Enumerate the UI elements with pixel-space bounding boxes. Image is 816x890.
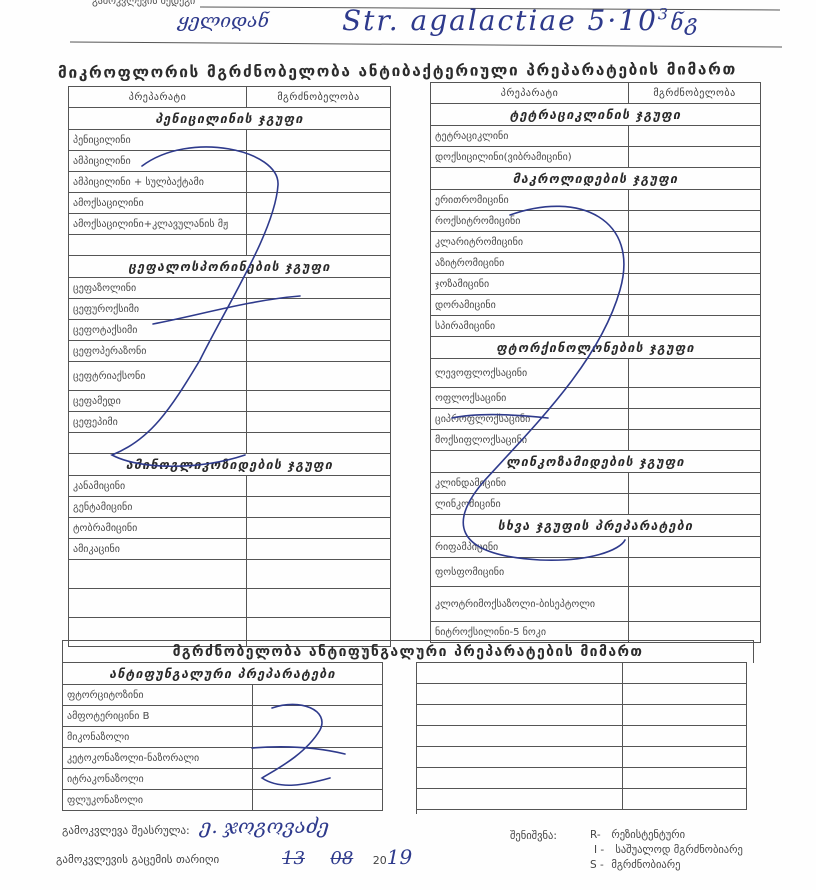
sensitivity-cell[interactable] [253, 769, 383, 790]
result-prefix-handwritten: ყელიდან [178, 10, 269, 32]
sensitivity-cell[interactable] [629, 253, 761, 274]
empty-drug-cell[interactable] [417, 768, 623, 789]
column-header-drug: პრეპარატი [69, 87, 247, 108]
drug-name: ცეფოპერაზონი [69, 341, 247, 362]
antifungal-gap [382, 662, 417, 814]
sensitivity-cell[interactable] [629, 558, 761, 587]
drug-row: ამოქსაცილინი [69, 193, 391, 214]
drug-name: ამპიცილინი + სულბაქტამი [69, 172, 247, 193]
group-name: მაკროლიდების ჯგუფი [431, 168, 761, 190]
drug-name: აზიტრომიცინი [431, 253, 629, 274]
drug-name: კეტოკონაზოლი-ნაზორალი [63, 748, 253, 769]
drug-name: ცეფტრიაქსონი [69, 362, 247, 391]
drug-row: ცეფეპიმი [69, 412, 391, 433]
drug-row: სპირამიცინი [431, 316, 761, 337]
group-header-row: ამინოგლიკოზიდების ჯგუფი [69, 454, 391, 476]
sensitivity-cell[interactable] [629, 388, 761, 409]
drug-name: გენტამიცინი [69, 497, 247, 518]
drug-row: ტობრამიცინი [69, 518, 391, 539]
sensitivity-cell[interactable] [253, 706, 383, 727]
empty-drug-cell[interactable] [417, 684, 623, 705]
empty-drug-cell[interactable] [417, 747, 623, 768]
group-header-row: სხვა ჯგუფის პრეპარატები [431, 515, 761, 537]
drug-row: მოქსიფლოქსაცინი [431, 430, 761, 451]
drug-row: აზიტრომიცინი [431, 253, 761, 274]
sensitivity-cell[interactable] [629, 295, 761, 316]
sensitivity-cell[interactable] [247, 433, 391, 454]
sensitivity-cell[interactable] [629, 430, 761, 451]
sensitivity-cell[interactable] [247, 518, 391, 539]
sensitivity-cell[interactable] [247, 362, 391, 391]
sensitivity-cell[interactable] [247, 539, 391, 560]
drug-name: როქსიტრომიცინი [431, 211, 629, 232]
drug-row: ცეფაზოლინი [69, 278, 391, 299]
empty-sensitivity-cell[interactable] [623, 768, 747, 789]
sensitivity-cell[interactable] [253, 748, 383, 769]
sensitivity-cell[interactable] [247, 589, 391, 618]
group-name: ცეფალოსპორინების ჯგუფი [69, 256, 391, 278]
sensitivity-cell[interactable] [629, 232, 761, 253]
group-header-row: ფტორქინოლონების ჯგუფი [431, 337, 761, 359]
empty-drug-cell[interactable] [417, 726, 623, 747]
drug-row [69, 433, 391, 454]
group-name: სხვა ჯგუფის პრეპარატები [431, 515, 761, 537]
drug-row: ტეტრაციკლინი [431, 126, 761, 147]
sensitivity-cell[interactable] [247, 391, 391, 412]
sensitivity-cell[interactable] [247, 130, 391, 151]
drug-row: ცეფოტაქსიმი [69, 320, 391, 341]
drug-name: ციპროფლოქსაცინი [431, 409, 629, 430]
unit: ნგ [670, 11, 700, 36]
sensitivity-cell[interactable] [629, 316, 761, 337]
drug-name: კლოტრიმოქსაზოლი-ბისეპტოლი [431, 587, 629, 622]
legend-meaning: რეზისტენტური [611, 829, 685, 841]
sensitivity-cell[interactable] [629, 537, 761, 558]
drug-row: ჯოზამიცინი [431, 274, 761, 295]
drug-row: კეტოკონაზოლი-ნაზორალი [63, 748, 383, 769]
sensitivity-cell[interactable] [247, 235, 391, 256]
column-header-sensitivity: მგრძნობელობა [629, 83, 761, 104]
drug-row: ამპიცილინი + სულბაქტამი [69, 172, 391, 193]
drug-name: ამოქსაცილინი [69, 193, 247, 214]
group-name: ამინოგლიკოზიდების ჯგუფი [69, 454, 391, 476]
drug-row: დოქსიცილინი(ვიბრამიცინი) [431, 147, 761, 168]
drug-name [69, 433, 247, 454]
legend: R- რეზისტენტურიI - საშუალოდ მგრძნობიარეS… [590, 828, 743, 873]
antifungal-table: ანტიფუნგალური პრეპარატებიფტორციტოზინიამფ… [62, 662, 383, 811]
result-handwritten: Str. agalactiae 5·103ნგ [342, 4, 700, 37]
date-year-suffix: 19 [387, 845, 412, 869]
date-year-prefix: 20 [373, 854, 387, 867]
date-day: 13 [282, 848, 305, 869]
drug-name: ფტორციტოზინი [63, 685, 253, 706]
page-title: მიკროფლორის მგრძნობელობა ანტიბაქტერიული … [58, 60, 737, 82]
empty-drug-cell[interactable] [417, 663, 623, 684]
right-antibiotics-table: პრეპარატიმგრძნობელობატეტრაციკლინის ჯგუფი… [430, 82, 761, 643]
drug-name: ფლუკონაზოლი [63, 790, 253, 811]
drug-row: ფლუკონაზოლი [63, 790, 383, 811]
drug-row: კანამიცინი [69, 476, 391, 497]
sensitivity-cell[interactable] [247, 193, 391, 214]
drug-name [69, 235, 247, 256]
sensitivity-cell[interactable] [629, 359, 761, 388]
legend-meaning: მგრძნობიარე [611, 859, 680, 871]
sensitivity-cell[interactable] [629, 126, 761, 147]
group-name: ტეტრაციკლინის ჯგუფი [431, 104, 761, 126]
column-gap [390, 96, 431, 636]
drug-row: ცეფუროქსიმი [69, 299, 391, 320]
drug-name [69, 589, 247, 618]
empty-sensitivity-cell[interactable] [623, 726, 747, 747]
drug-name: ამპიცილინი [69, 151, 247, 172]
empty-sensitivity-cell[interactable] [623, 663, 747, 684]
empty-row [417, 684, 747, 705]
empty-sensitivity-cell[interactable] [623, 789, 747, 810]
legend-item: S - მგრძნობიარე [590, 858, 743, 873]
drug-name: ტეტრაციკლინი [431, 126, 629, 147]
drug-row: მიკონაზოლი [63, 727, 383, 748]
drug-name: ამიკაცინი [69, 539, 247, 560]
drug-name: ცეფეპიმი [69, 412, 247, 433]
drug-name: ჯოზამიცინი [431, 274, 629, 295]
drug-name: მიკონაზოლი [63, 727, 253, 748]
legend-code: I - [594, 843, 612, 858]
antifungal-group-name: ანტიფუნგალური პრეპარატები [63, 663, 383, 685]
drug-row: პენიცილინი [69, 130, 391, 151]
sensitivity-cell[interactable] [253, 790, 383, 811]
sensitivity-cell[interactable] [247, 341, 391, 362]
sensitivity-cell[interactable] [247, 172, 391, 193]
performed-by-label: გამოკვლევა შეასრულა: [62, 824, 190, 837]
drug-row: რიფამპიცინი [431, 537, 761, 558]
group-header-row: მაკროლიდების ჯგუფი [431, 168, 761, 190]
drug-name: დოქსიცილინი(ვიბრამიცინი) [431, 147, 629, 168]
drug-name: პენიცილინი [69, 130, 247, 151]
empty-row [417, 747, 747, 768]
sensitivity-cell[interactable] [247, 412, 391, 433]
sensitivity-cell[interactable] [629, 190, 761, 211]
empty-row [417, 768, 747, 789]
group-header-row: ტეტრაციკლინის ჯგუფი [431, 104, 761, 126]
drug-row: ამოქსაცილინი+კლავულანის მჟ [69, 214, 391, 235]
drug-name: ტობრამიცინი [69, 518, 247, 539]
sensitivity-cell[interactable] [629, 211, 761, 232]
drug-name: კლინდამიცინი [431, 473, 629, 494]
empty-row [417, 663, 747, 684]
drug-name: ცეფამედი [69, 391, 247, 412]
empty-drug-cell[interactable] [417, 789, 623, 810]
sensitivity-cell[interactable] [629, 147, 761, 168]
legend-item: R- რეზისტენტური [590, 828, 743, 843]
drug-name: ლევოფლოქსაცინი [431, 359, 629, 388]
drug-name: კლარიტრომიცინი [431, 232, 629, 253]
drug-row: კლინდამიცინი [431, 473, 761, 494]
drug-row: ცეფამედი [69, 391, 391, 412]
legend-item: I - საშუალოდ მგრძნობიარე [590, 843, 743, 858]
drug-name: ლინკომიცინი [431, 494, 629, 515]
antifungal-title-bar: მგრძნობელობა ანტიფუნგალური პრეპარატების … [62, 640, 754, 663]
antifungal-title: მგრძნობელობა ანტიფუნგალური პრეპარატების … [173, 644, 644, 660]
drug-name: ამფოტერიცინი B [63, 706, 253, 727]
legend-code: S - [590, 858, 608, 873]
drug-name: რიფამპიცინი [431, 537, 629, 558]
empty-row [417, 789, 747, 810]
drug-row: ცეფტრიაქსონი [69, 362, 391, 391]
drug-row: ამიკაცინი [69, 539, 391, 560]
drug-row: ცეფოპერაზონი [69, 341, 391, 362]
sensitivity-cell[interactable] [247, 497, 391, 518]
drug-row: გენტამიცინი [69, 497, 391, 518]
legend-code: R- [590, 828, 608, 843]
empty-drug-cell[interactable] [417, 705, 623, 726]
table-header-row: პრეპარატიმგრძნობელობა [69, 87, 391, 108]
sensitivity-cell[interactable] [629, 274, 761, 295]
drug-row: ამპიცილინი [69, 151, 391, 172]
group-name: პენიცილინის ჯგუფი [69, 108, 391, 130]
drug-row [69, 235, 391, 256]
drug-row: როქსიტრომიცინი [431, 211, 761, 232]
drug-row: დორამიცინი [431, 295, 761, 316]
drug-name: იტრაკონაზოლი [63, 769, 253, 790]
drug-name: ფოსფომიცინი [431, 558, 629, 587]
drug-name: ოფლოქსაცინი [431, 388, 629, 409]
specimen-label: გამოკვლევის მედეგი [92, 0, 195, 7]
issue-date-label: გამოკვლევის გაცემის თარიღი [56, 853, 219, 866]
performed-by-signature: ე. ჯოგოვაძე [200, 814, 329, 838]
sensitivity-cell[interactable] [247, 299, 391, 320]
sensitivity-cell[interactable] [247, 560, 391, 589]
sensitivity-cell[interactable] [629, 473, 761, 494]
group-name: ლინკოზამიდების ჯგუფი [431, 451, 761, 473]
antifungal-empty-table [416, 662, 747, 810]
organism-and-count: Str. agalactiae 5·10 [342, 4, 658, 37]
sensitivity-cell[interactable] [629, 494, 761, 515]
sensitivity-cell[interactable] [247, 476, 391, 497]
drug-row: ლევოფლოქსაცინი [431, 359, 761, 388]
sensitivity-cell[interactable] [247, 214, 391, 235]
drug-row: ამფოტერიცინი B [63, 706, 383, 727]
left-antibiotics-table: პრეპარატიმგრძნობელობაპენიცილინის ჯგუფიპე… [68, 86, 391, 647]
table-header-row: პრეპარატიმგრძნობელობა [431, 83, 761, 104]
drug-name: დორამიცინი [431, 295, 629, 316]
group-header-row: ლინკოზამიდების ჯგუფი [431, 451, 761, 473]
drug-row [69, 560, 391, 589]
drug-name: ცეფუროქსიმი [69, 299, 247, 320]
drug-name: ამოქსაცილინი+კლავულანის მჟ [69, 214, 247, 235]
column-header-drug: პრეპარატი [431, 83, 629, 104]
drug-name: ერითრომიცინი [431, 190, 629, 211]
group-header-row: ცეფალოსპორინების ჯგუფი [69, 256, 391, 278]
drug-name: ცეფაზოლინი [69, 278, 247, 299]
drug-row: ციპროფლოქსაცინი [431, 409, 761, 430]
result-underline [70, 42, 782, 48]
sensitivity-cell[interactable] [247, 151, 391, 172]
drug-row: ოფლოქსაცინი [431, 388, 761, 409]
group-name: ფტორქინოლონების ჯგუფი [431, 337, 761, 359]
empty-sensitivity-cell[interactable] [623, 684, 747, 705]
sensitivity-cell[interactable] [629, 587, 761, 622]
issue-date: 13 08 2019 [282, 845, 412, 869]
empty-sensitivity-cell[interactable] [623, 705, 747, 726]
drug-name: ცეფოტაქსიმი [69, 320, 247, 341]
empty-row [417, 705, 747, 726]
drug-name: კანამიცინი [69, 476, 247, 497]
sensitivity-cell[interactable] [247, 278, 391, 299]
group-header-row: პენიცილინის ჯგუფი [69, 108, 391, 130]
drug-name [69, 560, 247, 589]
group-header-row: ანტიფუნგალური პრეპარატები [63, 663, 383, 685]
note-label: შენიშვნა: [510, 830, 557, 842]
drug-row: ფტორციტოზინი [63, 685, 383, 706]
sensitivity-cell[interactable] [253, 685, 383, 706]
empty-row [417, 726, 747, 747]
drug-row: კლოტრიმოქსაზოლი-ბისეპტოლი [431, 587, 761, 622]
drug-row: ფოსფომიცინი [431, 558, 761, 587]
sensitivity-cell[interactable] [253, 727, 383, 748]
drug-row: კლარიტრომიცინი [431, 232, 761, 253]
sensitivity-cell[interactable] [629, 409, 761, 430]
drug-row: იტრაკონაზოლი [63, 769, 383, 790]
count-exponent: 3 [658, 5, 670, 24]
date-month: 08 [330, 848, 353, 869]
drug-row: ლინკომიცინი [431, 494, 761, 515]
legend-meaning: საშუალოდ მგრძნობიარე [615, 844, 743, 856]
empty-sensitivity-cell[interactable] [623, 747, 747, 768]
sensitivity-cell[interactable] [247, 320, 391, 341]
drug-row [69, 589, 391, 618]
drug-row: ერითრომიცინი [431, 190, 761, 211]
column-header-sensitivity: მგრძნობელობა [247, 87, 391, 108]
drug-name: მოქსიფლოქსაცინი [431, 430, 629, 451]
drug-name: სპირამიცინი [431, 316, 629, 337]
